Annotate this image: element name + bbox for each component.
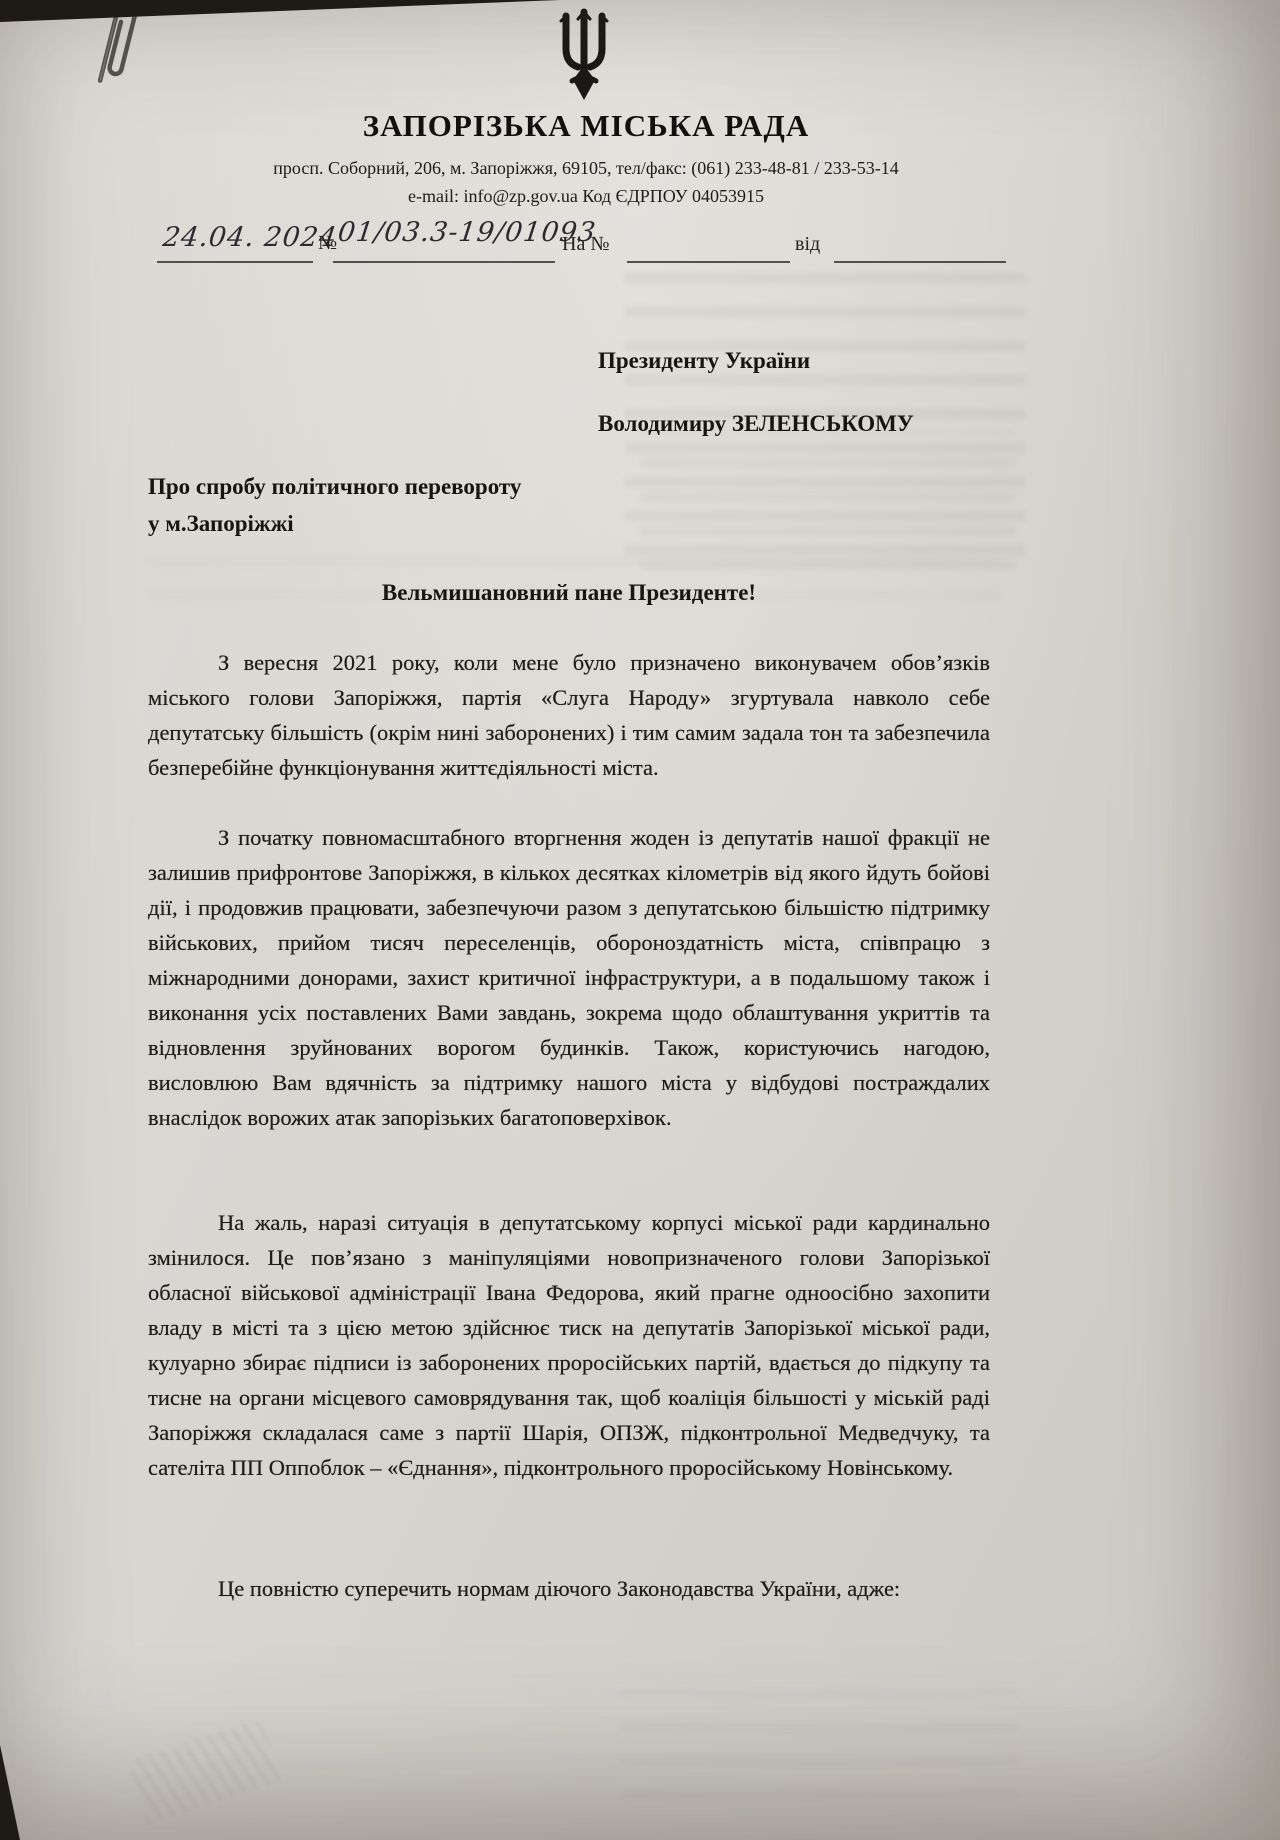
from-underline [834, 261, 1006, 263]
body-paragraph-4: Це повністю суперечить нормам діючого За… [148, 1567, 990, 1611]
date-underline [157, 261, 313, 263]
showthrough-text-ghost [640, 430, 1015, 570]
from-label: від [795, 233, 820, 256]
number-underline [333, 261, 555, 263]
subject-line-1: Про спробу політичного перевороту [148, 474, 521, 500]
reply-to-underline [627, 261, 790, 263]
org-address-line: просп. Соборний, 206, м. Запоріжжя, 6910… [0, 158, 1172, 179]
org-email-line: e-mail: info@zp.gov.ua Код ЄДРПОУ 040539… [0, 186, 1172, 207]
handwritten-ref-number: 01/03.3-19/01093 [336, 217, 598, 248]
addressee-line-2: Володимиру ЗЕЛЕНСЬКОМУ [598, 411, 914, 437]
body-paragraph-1: З вересня 2021 року, коли мене було приз… [148, 645, 990, 785]
photo-background: ЗАПОРІЗЬКА МІСЬКА РАДА просп. Соборний, … [0, 0, 1280, 1840]
showthrough-text-ghost [625, 255, 1025, 555]
reply-to-label: На № [562, 233, 609, 256]
salutation: Вельмишановний пане Президенте! [148, 580, 990, 606]
faint-stamp [128, 1718, 282, 1824]
handwritten-date: 24.04. 2024 [161, 222, 339, 253]
showthrough-text-ghost [620, 1690, 1020, 1800]
background-corner-bottom-left [0, 1745, 20, 1840]
body-paragraph-3: На жаль, наразі ситуація в депутатському… [148, 1205, 990, 1485]
org-name: ЗАПОРІЗЬКА МІСЬКА РАДА [0, 108, 1172, 144]
trident-emblem-icon [552, 4, 616, 106]
background-corner-top-left [0, 0, 560, 22]
body-paragraph-2: З початку повномасштабного вторгнення жо… [148, 820, 990, 1135]
number-sign: № [318, 232, 337, 255]
subject-line-2: у м.Запоріжжі [148, 511, 294, 537]
addressee-line-1: Президенту України [598, 348, 810, 374]
paper-sheet: ЗАПОРІЗЬКА МІСЬКА РАДА просп. Соборний, … [0, 0, 1280, 1840]
